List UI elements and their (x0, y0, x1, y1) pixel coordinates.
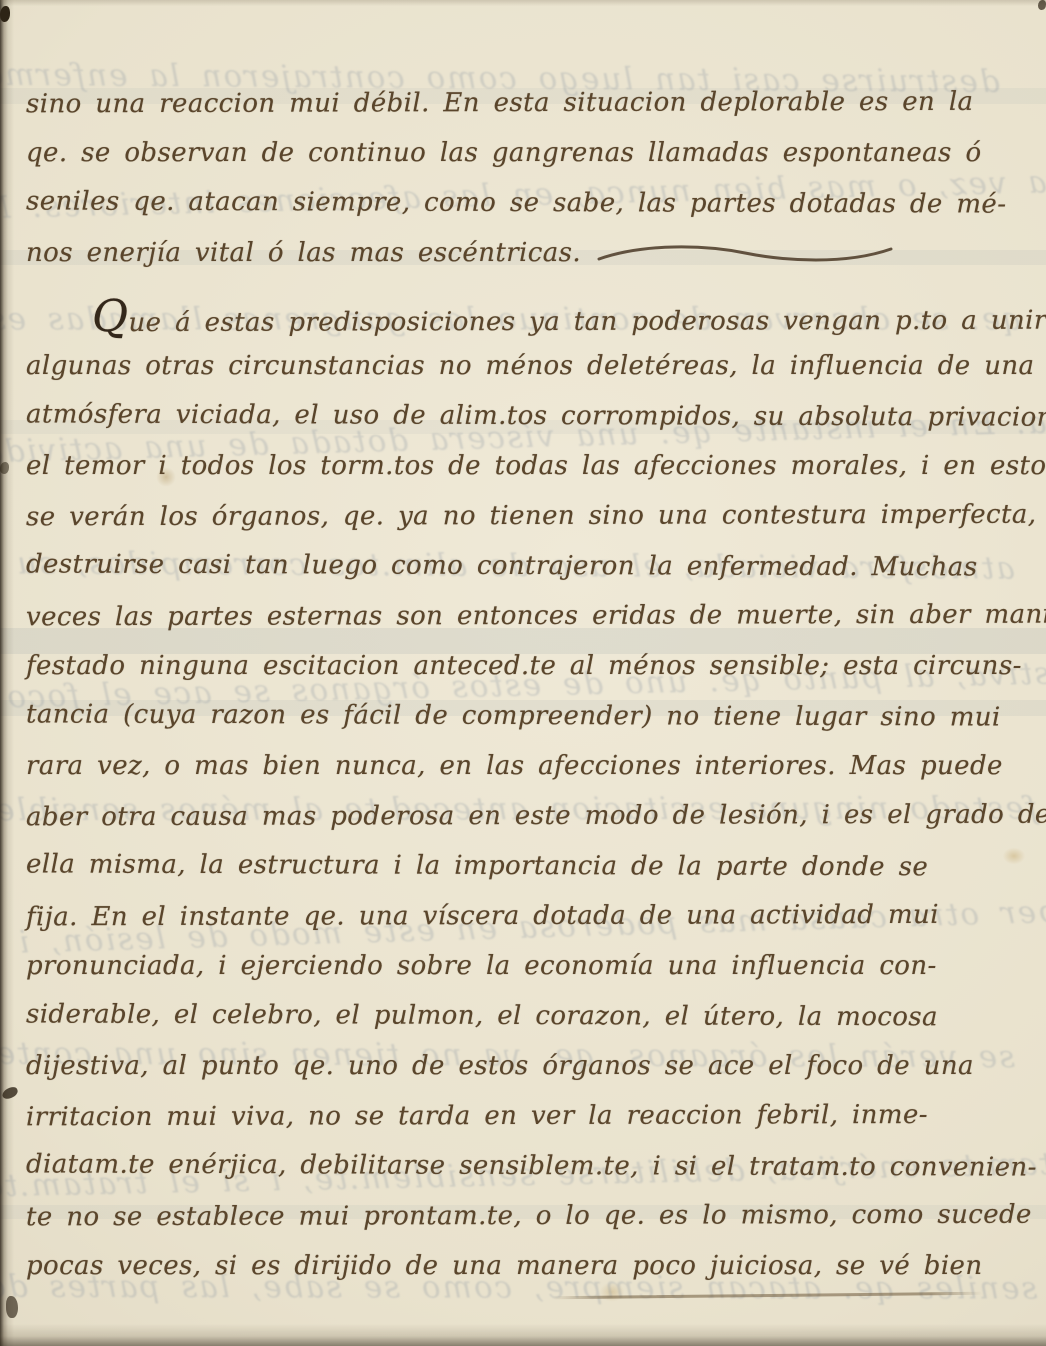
top-edge-shadow (0, 0, 1046, 6)
manuscript-line: seniles qe. atacan siempre, como se sabe… (26, 176, 1018, 229)
manuscript-line: destruirse casi tan luego como contrajer… (26, 539, 1018, 592)
line-text: se verán los órganos, qe. ya no tienen s… (26, 500, 1036, 533)
line-text: nos enerjía vital ó las mas escéntricas. (26, 238, 581, 268)
line-text: pocas veces, si es dirijido de una maner… (26, 1251, 982, 1281)
flourish-stroke (595, 241, 895, 267)
manuscript-line: se verán los órganos, qe. ya no tienen s… (26, 490, 1018, 543)
line-text: seniles qe. atacan siempre, como se sabe… (26, 186, 1007, 219)
manuscript-line: dijestiva, al punto qe. uno de estos órg… (26, 1041, 1018, 1091)
line-text: pronunciada, i ejerciendo sobre la econo… (26, 951, 937, 981)
manuscript-line: nos enerjía vital ó las mas escéntricas. (26, 228, 1018, 278)
manuscript-line: tancia (cuya razon es fácil de compreend… (26, 689, 1018, 742)
manuscript-line: aber otra causa mas poderosa en este mod… (26, 790, 1018, 843)
manuscript-line: pocas veces, si es dirijido de una maner… (26, 1241, 1018, 1291)
manuscript-line: qe. se observan de continuo las gangrena… (26, 128, 1018, 178)
manuscript-line: festado ninguna escitacion anteced.te al… (26, 641, 1018, 691)
manuscript-line: irritacion mui viva, no se tarda en ver … (26, 1090, 1018, 1143)
manuscript-line: atmósfera viciada, el uso de alim.tos co… (26, 389, 1018, 442)
binding-edge-shadow (0, 0, 14, 1346)
line-text: irritacion mui viva, no se tarda en ver … (26, 1100, 928, 1132)
line-text: ella misma, la estructura i la importanc… (26, 849, 928, 882)
line-text: fija. En el instante qe. una víscera dot… (26, 900, 939, 932)
line-text: el temor i todos los torm.tos de todas l… (26, 451, 1046, 481)
manuscript-text: sino una reaccion mui débil. En esta sit… (26, 78, 1018, 1291)
manuscript-line: algunas otras circunstancias no ménos de… (26, 341, 1018, 391)
line-text: destruirse casi tan luego como contrajer… (26, 549, 978, 582)
line-text: te no se establece mui prontam.te, o lo … (26, 1200, 1046, 1233)
line-text: siderable, el celebro, el pulmon, el cor… (26, 999, 938, 1032)
manuscript-line: ella misma, la estructura i la importanc… (26, 839, 1018, 892)
manuscript-line: Que á estas predisposiciones ya tan pode… (26, 290, 1018, 343)
paragraph-1: sino una reaccion mui débil. En esta sit… (26, 78, 1018, 278)
underline-flourish (552, 1292, 982, 1300)
line-text: tancia (cuya razon es fácil de compreend… (26, 699, 1001, 732)
manuscript-line: fija. En el instante qe. una víscera dot… (26, 890, 1018, 943)
line-text: qe. se observan de continuo las gangrena… (26, 138, 982, 168)
manuscript-line: sino una reaccion mui débil. En esta sit… (26, 77, 1018, 130)
manuscript-line: pronunciada, i ejerciendo sobre la econo… (26, 941, 1018, 991)
ink-smudge (1038, 0, 1046, 10)
manuscript-line: siderable, el celebro, el pulmon, el cor… (26, 989, 1018, 1042)
manuscript-line: el temor i todos los torm.tos de todas l… (26, 441, 1018, 491)
bottom-edge-shadow (0, 1324, 1046, 1346)
line-text: dijestiva, al punto qe. uno de estos órg… (26, 1051, 974, 1081)
paragraph-2: Que á estas predisposiciones ya tan pode… (26, 291, 1018, 1291)
ink-smudge (6, 1296, 18, 1318)
manuscript-line: te no se establece mui prontam.te, o lo … (26, 1190, 1018, 1243)
line-text: aber otra causa mas poderosa en este mod… (26, 800, 1046, 833)
line-text: algunas otras circunstancias no ménos de… (26, 351, 1034, 381)
line-text: sino una reaccion mui débil. En esta sit… (26, 87, 974, 119)
manuscript-page: destruirse casi tan luego como contrajer… (0, 0, 1046, 1346)
line-text: Que á estas predisposiciones ya tan pode… (92, 306, 1046, 339)
line-text: diatam.te enérjica, debilitarse sensible… (26, 1149, 1037, 1182)
manuscript-line: rara vez, o mas bien nunca, en las afecc… (26, 741, 1018, 791)
line-text: festado ninguna escitacion anteced.te al… (26, 651, 1022, 681)
line-text: rara vez, o mas bien nunca, en las afecc… (26, 751, 1003, 781)
line-text: veces las partes esternas son entonces e… (26, 600, 1046, 633)
manuscript-line: veces las partes esternas son entonces e… (26, 590, 1018, 643)
manuscript-line: diatam.te enérjica, debilitarse sensible… (26, 1139, 1018, 1192)
line-text: atmósfera viciada, el uso de alim.tos co… (26, 399, 1046, 432)
